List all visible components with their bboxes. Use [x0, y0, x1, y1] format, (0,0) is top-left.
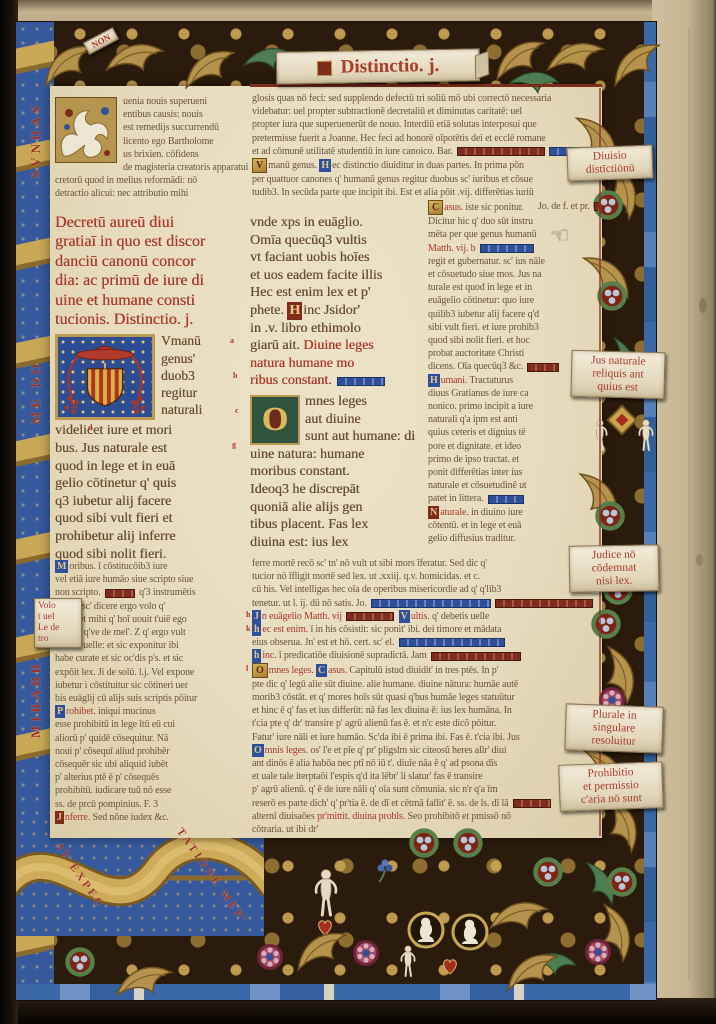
text-segment: et ad cōmunē utilitatē studentiū in iure… [252, 146, 455, 157]
reference-mark: g [232, 440, 236, 449]
header-banner-text: Distinctio. j. [340, 55, 439, 78]
gloss-bottom-right-block: ferre mortē recō sc' tn' nō vult ut sibi… [252, 557, 598, 838]
text-segment: bus. Jus naturale est [55, 441, 167, 456]
margin-banner-prohibitio: Prohibitioet permissioc'aria nō sunt [558, 761, 664, 812]
text-line: ss. de prcū pompinius. F. 3 [55, 798, 249, 811]
text-line: gelio cōtinetur q' quis [55, 475, 253, 493]
text-line: Vult. sc' dicere ergo volo q' [55, 600, 249, 613]
text-segment: cōsequēr sic ubi aliquid iubēt [55, 759, 168, 770]
text-segment: uenia nouis superueni [123, 96, 207, 107]
text-segment: licento ego Bartholome [123, 136, 214, 147]
text-segment: diuus Gratianus de iure ca [428, 388, 529, 399]
text-segment: Ideoq3 he discrepāt [250, 482, 360, 497]
text-segment: p' alterius ptē ē p' cōsequēs [55, 772, 159, 783]
text-segment [399, 638, 505, 647]
text-segment [527, 363, 559, 372]
text-line: Omīa quecūq3 vultis [250, 232, 430, 250]
text-segment [495, 599, 593, 608]
text-segment: J [252, 610, 261, 623]
text-line: vt faciant uobis hoīes [250, 249, 430, 267]
text-segment: pr'mittit. diuina probls. [317, 811, 407, 822]
text-segment: inc Jsidor' [303, 303, 360, 318]
text-line: videbatur: uel propter subtractionē decr… [252, 105, 598, 118]
text-line: pretermisse fuerit a Joanne. Hec feci ad… [252, 132, 598, 145]
text-segment: rohibet. [66, 706, 98, 717]
text-segment [371, 599, 491, 608]
text-line: c'aria nō sunt [564, 791, 658, 807]
text-line: quod sibi nolit fieri. et hoc [428, 334, 598, 347]
text-segment: aliorū p' quidē cōsequitur. Nā [55, 733, 168, 744]
text-segment: pte dic q' legū alie sūt diuine. alie hu… [252, 679, 518, 690]
text-line: uine natura: humane [250, 446, 430, 464]
text-segment: H [428, 374, 440, 387]
text-segment: ribus constant. [250, 373, 335, 388]
text-line: Vmanū genus. Hec distinctio diuiditur in… [252, 158, 598, 173]
text-line: non scripto. q'3 instrumētis [55, 586, 249, 599]
left-ribbon-letters-lower: MIRABR' [28, 652, 44, 738]
text-segment: reserō es parte dich' q' pr'tia ē. de dī… [252, 798, 511, 809]
text-line: et hinc ē q' fas et ius differūt: nā fas… [252, 704, 598, 717]
rubric-incipit: Decretū aureū diuigratiaī in quo est dis… [55, 213, 253, 329]
text-line: prohibitū. iudicare tuū nō esse [55, 784, 249, 797]
text-line: gelio diffusius traditur. [428, 532, 598, 545]
text-line: uine et humane consti [55, 291, 253, 310]
text-segment: in diuino iure [469, 507, 523, 518]
text-segment: sunt aut humane: di [305, 429, 415, 444]
margin-banner-ius-naturale: Jus naturalereliquis antquius est [570, 350, 665, 399]
text-segment: tucionis. Distinctio. j. [55, 311, 193, 328]
text-segment: duob3 [161, 368, 195, 383]
text-line: quoniā alie alijs gen [250, 499, 430, 517]
text-segment: gratiaī in quo est discor [55, 233, 205, 250]
text-segment: uine et humane consti [55, 292, 195, 309]
text-segment: cū his. Vel intelligas hec oīa de operib… [252, 584, 501, 595]
armorial-initial-row: Vmanūgenus'duob3regiturnaturali videlice… [55, 332, 253, 563]
text-segment: probat auctoritate Christi [428, 348, 524, 359]
text-segment: mēta per que genus humanū [428, 229, 536, 240]
text-line: quilib3 iubetur alij facere q'd [428, 308, 598, 321]
illuminated-initial-prologue [55, 97, 117, 163]
banner-ornament-square [317, 61, 332, 76]
text-segment: Seo prohibitō et pmissō nō [407, 811, 510, 822]
text-segment: dicens. Oīa quecūq3 &c. [428, 361, 525, 372]
white-vine-initial [55, 97, 117, 163]
text-segment: quod in lege et in euā [55, 459, 175, 474]
header-banner-scroll: Distinctio. j. [276, 48, 481, 85]
left-ribbon-letters-middle: ME DO [28, 360, 44, 424]
text-segment: quilib3 iubetur alij facere q'd [428, 309, 539, 320]
text-segment: dia: ac primū de iure di [55, 272, 204, 289]
text-segment: glosis quas nō feci: sed supplendo defec… [252, 93, 551, 104]
text-segment: gelio cōtinetur q' quis [55, 476, 176, 491]
text-segment: eius obserua. Jn' est et hō. cert. sc' e… [252, 637, 397, 648]
text-segment: naturali q'a ipm est anti [428, 414, 518, 425]
text-line: Prohibet. iniqui mucinus [55, 705, 249, 718]
text-segment [346, 612, 394, 621]
text-line: quius est [576, 380, 660, 395]
text-line: cōsequēr sic ubi aliquid iubēt [55, 758, 249, 771]
unde-xps-text: vnde xps in euāglio.Omīa quecūq3 vultisv… [250, 214, 430, 390]
text-segment: p' agrū alienū. q' ē de iure nāli q' oīa… [252, 784, 498, 795]
text-segment: vt faciant uobis hoīes [250, 250, 369, 265]
text-line: tucior nō īfligit mortē sed lex. ut .xxi… [252, 570, 598, 583]
text-line: morib3 cōstāt. et q' mores hoīs sūt quas… [252, 691, 598, 704]
text-segment: tudib3. In secūda parte que incipit ibi.… [252, 187, 534, 198]
text-segment: nferre. [65, 812, 93, 823]
text-segment: N [428, 506, 439, 519]
text-line: Naturale. in diuino iure [428, 506, 598, 519]
text-segment: resoluitur [591, 734, 635, 748]
text-segment: Jus naturale [591, 354, 646, 367]
text-line: euāgelio cōtinetur: quo iure [428, 294, 598, 307]
text-segment: H [319, 159, 331, 172]
text-line: Casus. iste sic ponitur. [428, 200, 598, 215]
text-segment: q' debetis uelle [432, 611, 489, 622]
text-line: ponit differētias inter ius [428, 466, 598, 479]
text-line: quod sibi vult fieri et [55, 510, 253, 528]
text-segment: primo de ipso tractat. et [428, 454, 519, 465]
margin-banner-plurale: Plurale insingulareresoluitur [564, 703, 664, 753]
text-line: prohibetur alij inferre [55, 528, 253, 546]
text-line: per quattuor canones q' humanū genus reg… [252, 173, 598, 186]
text-line: tenetur. ut l. ij. dū nō satis. Jo. [252, 597, 598, 610]
text-segment: inc. [262, 650, 278, 661]
text-line: tudib3. In secūda parte que incipit ibi.… [252, 186, 598, 199]
text-line: Dicitur hic q' duo sūt instru [428, 215, 598, 228]
text-segment: O [252, 663, 268, 678]
text-line: habe curate et sic oc'dis p's. et sic [55, 652, 249, 665]
text-line: Jnferre. Sed nōne iudex &c. [55, 811, 249, 824]
text-line: Moribus. ī cōstitucōib3 iure [55, 560, 249, 573]
text-segment: est remedijs succurrendū [123, 122, 219, 133]
text-line: resoluitur [569, 733, 657, 749]
text-segment: entibus causis: nouis [123, 109, 203, 120]
text-segment: tibus placent. Fas lex [250, 517, 368, 532]
text-segment: aut diuine [305, 412, 361, 427]
text-line: esse prohibitū in lege ītū eū cui [55, 718, 249, 731]
text-line: diuina est: ius lex [250, 534, 430, 552]
text-line: iubetur i cōstituitur sic cōtineri uer [55, 679, 249, 692]
text-line: i debet uelle: et sic exponitur ibi [55, 639, 249, 652]
text-segment: genus' [161, 351, 195, 366]
text-line: sibi vult fieri. et iure prohib3 [428, 321, 598, 334]
text-segment: quius ceteris et dignius tē [428, 427, 526, 438]
ruling-line-top [250, 84, 602, 87]
text-segment: manū genus. [268, 160, 319, 171]
text-line: dia: ac primū de iure di [55, 271, 253, 290]
text-line: alternī diuisaōes pr'mittit. diuina prob… [252, 810, 598, 823]
text-segment: Decretū aureū diui [55, 214, 174, 231]
text-segment: h [252, 623, 261, 636]
text-segment: tro [38, 634, 49, 644]
text-line: mēta per que genus humanū [428, 228, 598, 241]
page-bottom-shadow [0, 998, 716, 1024]
text-segment: videlicet iure et mori [55, 423, 172, 438]
text-line: t'cia pte q' dr' transire p' agrū alienū… [252, 717, 598, 730]
text-segment: nisi lex. [596, 575, 633, 588]
text-segment: Prohibitio [587, 766, 633, 780]
text-line: t uel [38, 612, 78, 623]
text-segment: P [55, 705, 65, 718]
text-line: Volo [38, 601, 78, 612]
text-line: gratiaī in quo est discor [55, 232, 253, 251]
text-line: q3 iubetur alij facere [55, 493, 253, 511]
parchment-tear [696, 554, 703, 566]
text-segment: quius est [597, 380, 638, 393]
text-segment: uine natura: humane [250, 447, 364, 462]
text-segment: detractio alicui: nec attributio mihi [55, 188, 188, 199]
text-segment: prohibitū. iudicare tuū nō esse [55, 785, 171, 796]
illuminated-initial-O: O [250, 395, 300, 445]
text-segment [431, 652, 521, 661]
text-segment: prohibetur alij inferre [55, 529, 176, 544]
text-segment: ss. de prcū pompinius. F. 3 [55, 799, 158, 810]
text-line: Jn euāgelio Matth. vij Vultis. q' debeti… [252, 610, 598, 623]
main-left-column: Decretū aureū diuigratiaī in quo est dis… [55, 213, 253, 565]
text-segment: naturale et cōsuetudinē ut [428, 480, 527, 491]
text-segment: q3 iubetur alij facere [55, 494, 171, 509]
text-segment: V [399, 610, 410, 623]
text-segment: ī in his cōsistit: sic ponit' ibi. dei t… [310, 624, 501, 635]
text-line: moribus constant. [250, 463, 430, 481]
text-segment: et hinc ē q' fas et ius differūt: nā fas… [252, 705, 512, 716]
text-line: cretorū quod in melius reformādi: nō [55, 174, 251, 187]
bottom-blue-edging [16, 984, 656, 1000]
text-segment: naturali [161, 402, 202, 417]
text-line: bus. Jus naturale est [55, 440, 253, 458]
text-line: naturali q'a ipm est anti [428, 413, 598, 426]
text-line: detractio alicui: nec attributio mihi [55, 187, 251, 200]
text-line: reserō es parte dich' q' pr'tia ē. de dī… [252, 797, 598, 810]
text-segment: natura humane mo [250, 356, 354, 371]
text-line: phete. Hinc Jsidor' [250, 302, 430, 320]
text-segment: ferre mortē recō sc' tn' nō vult ut sibi… [252, 558, 487, 569]
text-segment: Diuisio [593, 149, 627, 162]
text-line: hec est enim. ī in his cōsistit: sic pon… [252, 623, 598, 636]
text-segment: diuina est: ius lex [250, 535, 348, 550]
text-segment: vel etiā iure humāo siue scripto siue [55, 574, 193, 585]
text-segment: Omīa quecūq3 vultis [250, 233, 367, 248]
text-line: p' alterius ptē ē p' cōsequēs [55, 771, 249, 784]
text-segment: et cōsuetudo siue mos. Jus na [428, 269, 541, 280]
parchment-crease [688, 28, 690, 980]
text-segment: ec est enim. [262, 624, 310, 635]
text-segment: mnes leges [305, 394, 367, 409]
text-line: pore et dignitate. et ideo [428, 440, 598, 453]
text-segment: regitur [161, 385, 197, 400]
text-segment: quod sibi nolit fieri. et hoc [428, 335, 530, 346]
text-segment: Judice nō [592, 549, 636, 562]
text-line: Hec est enim lex et p' [250, 284, 430, 302]
text-segment: asus. [328, 665, 349, 676]
gloss-top-block: glosis quas nō feci: sed supplendo defec… [252, 92, 598, 214]
text-segment: Volo [38, 601, 56, 611]
text-segment [480, 244, 534, 253]
text-segment: J [55, 811, 64, 824]
text-segment: et permissio [583, 779, 639, 793]
text-line: natura humane mo [250, 355, 430, 373]
text-segment [488, 495, 524, 504]
text-line: Decretū aureū diui [55, 213, 253, 232]
text-line: tro [38, 634, 78, 645]
text-segment: morib3 cōstāt. et q' mores hoīs sūt quas… [252, 692, 515, 703]
text-segment [513, 799, 551, 808]
text-segment: cōtraria. ut ibi dr' [252, 824, 318, 835]
text-segment: os' l'e et pīe q' pr' pligslm sic citeos… [310, 745, 506, 756]
parchment-right-edge [652, 0, 716, 1024]
text-line: hinc. ī predicatiōe diuisionē supradictā… [252, 649, 598, 662]
text-line: Ideoq3 he discrepāt [250, 481, 430, 499]
reference-mark: b [233, 371, 237, 380]
text-segment: tucior nō īfligit mortē sed lex. ut .xxi… [252, 571, 480, 582]
text-segment [105, 589, 135, 598]
text-segment: us brixien. cōfidens [123, 149, 199, 160]
text-segment: iubetur i cōstituitur sic cōtineri uer [55, 680, 188, 691]
reference-mark: a [230, 336, 234, 345]
text-segment: q'3 instrumētis [137, 587, 196, 598]
text-line: primo de ipso tractat. et [428, 453, 598, 466]
text-segment: non scripto. [55, 587, 103, 598]
left-ribbon-letters-upper: SVNDAS [28, 102, 44, 178]
text-line: nonico. primo incipit a iure [428, 400, 598, 413]
text-segment: M [55, 560, 68, 573]
parchment-tear [699, 298, 707, 313]
text-segment: C [316, 664, 327, 677]
text-segment: ec distinctio diuiditur in duas partes. … [332, 160, 524, 171]
text-segment: Sed nōne iudex &c. [93, 812, 169, 823]
text-line: giarū ait. Diuine leges [250, 337, 430, 355]
text-line: in .v. libro ethimolo [250, 320, 430, 338]
text-segment: Vmanū [161, 333, 201, 348]
text-line: expōit lex. Ji de solū. l.j. Vel expone [55, 666, 249, 679]
text-line: tibus placent. Fas lex [250, 516, 430, 534]
text-segment: mnes leges. [269, 665, 316, 676]
margin-tab-volo: Volot uelLe detro [34, 598, 82, 648]
text-segment: V [252, 158, 267, 173]
text-segment [337, 377, 385, 386]
text-segment: de magisteria creatoris apparatui de [123, 162, 251, 173]
text-line: nisi lex. [574, 574, 654, 588]
text-segment: Tractaturus [467, 375, 513, 386]
text-segment: reliquis ant [592, 367, 644, 380]
text-segment: quod sibi vult fieri et [55, 511, 172, 526]
text-line: bis euāglij cū alijs suis scriptis pōitu… [55, 692, 249, 705]
text-segment: in .v. libro ethimolo [250, 321, 361, 336]
reference-mark: c [235, 406, 239, 415]
text-segment: gelio diffusius traditur. [428, 533, 515, 544]
text-segment: alternī diuisaōes [252, 811, 317, 822]
text-segment: h [252, 649, 261, 662]
text-line: quius ceteris et dignius tē [428, 426, 598, 439]
reference-mark: k [246, 624, 250, 633]
text-line: glosis quas nō feci: sed supplendo defec… [252, 92, 598, 105]
text-segment: oribus. ī cōstitucōib3 iure [69, 561, 167, 572]
manuscript-page: uenia nouis superuenientibus causis: nou… [0, 0, 716, 1024]
text-segment: t uel [38, 612, 55, 622]
main-center-column: vnde xps in euāglio.Omīa quecūq3 vultisv… [250, 214, 430, 560]
text-segment: Hec est enim lex et p' [250, 285, 370, 300]
text-segment: pore et dignitate. et ideo [428, 441, 521, 452]
text-segment: giarū ait. [250, 338, 303, 353]
text-segment: aturale. [440, 507, 469, 518]
text-line: p' agrū alienū. q' ē de iure nāli q' oīa… [252, 783, 598, 796]
armorial-initial-panel [55, 334, 155, 420]
text-segment: et uale tale iterptaōi l'espis q'd ita l… [252, 771, 483, 782]
text-segment: ī predicatiōe diuisionē supradictā. Jam [279, 650, 429, 661]
text-line: alter det mihi q' hoī uouit t'uiē ego [55, 613, 249, 626]
text-line: turale est quod in lege et in [428, 281, 598, 294]
text-line: Omnes leges. Casus. Capitulū istud diuid… [252, 663, 598, 678]
cardinal-galero-and-aragon-shield [58, 337, 152, 417]
text-segment: turale est quod in lege et in [428, 282, 532, 293]
text-segment: sc' dicere ergo volo q' [82, 601, 165, 612]
text-segment: expōit lex. Ji de solū. l.j. Vel expone [55, 667, 194, 678]
text-line: pte dic q' legū alie sūt diuine. alie hu… [252, 678, 598, 691]
text-line: ferre mortē recō sc' tn' nō vult ut sibi… [252, 557, 598, 570]
text-segment [457, 147, 545, 156]
humanum-genus-text: videlicet iure et moribus. Jus naturale … [55, 422, 253, 563]
text-line: ant dinōs ē alia habōa nec ptī nō iū t'.… [252, 757, 598, 770]
gloss-bottom-left-column: Moribus. ī cōstitucōib3 iurevel etiā iur… [55, 560, 249, 832]
text-line: vel etiā iure humāo siue scripto siue [55, 573, 249, 586]
text-segment: vnde xps in euāglio. [250, 215, 363, 230]
text-line: tucionis. Distinctio. j. [55, 310, 253, 329]
text-line: danciū canonū concor [55, 252, 253, 271]
manicula-pointing-hand: ☜ [549, 221, 571, 249]
text-segment: quoniā alie alijs gen [250, 500, 362, 515]
text-segment: n euāgelio Matth. vij [262, 611, 345, 622]
text-segment: regit et gubernatur. sc' ius nāle [428, 256, 545, 267]
text-segment: Matth. vij. b [428, 243, 478, 254]
text-segment: nonico. primo incipit a iure [428, 401, 533, 412]
text-segment: propter iura que superuenerūt de nouo. I… [252, 119, 537, 130]
text-segment: moribus constant. [250, 464, 350, 479]
text-segment: cōdemnat [592, 562, 637, 575]
text-line: Omnis leges. os' l'e et pīe q' pr' pligs… [252, 744, 598, 757]
text-segment: videbatur: uel propter subtractionē decr… [252, 106, 522, 117]
text-line: cōtentū. et in lege et euā [428, 519, 598, 532]
text-line: ribus constant. [250, 372, 430, 390]
text-line: videlicet iure et mori [55, 422, 253, 440]
text-segment: iniqui mucinus [98, 706, 156, 717]
text-segment: Dicitur hic q' duo sūt instru [428, 216, 533, 227]
omnes-leges-block: O mnes legesaut diuinesunt aut humane: d… [250, 393, 430, 551]
text-segment: C [428, 200, 443, 215]
text-segment: habe curate et sic oc'dis p's. et sic [55, 653, 183, 664]
text-line: Le de [38, 623, 78, 634]
reference-mark: d [88, 423, 92, 432]
text-line: cū his. Vel intelligas hec oīa de operib… [252, 583, 598, 596]
text-segment: phete. [250, 303, 287, 318]
text-segment: euāgelio cōtinetur: quo iure [428, 295, 534, 306]
text-line: patet in littera. [428, 492, 598, 505]
text-segment: mnis leges. [265, 745, 311, 756]
text-line: Matth. vij. b [428, 242, 598, 255]
text-line: noui p' cōsequī aliud prohibēr [55, 745, 249, 758]
text-line: cōtraria. ut ibi dr' [252, 823, 598, 836]
text-line: propter iura que superuenerūt de nouo. I… [252, 118, 598, 131]
text-line: Fatur' iure nāli et iure humāo. Sc'da ib… [252, 731, 598, 744]
gloss-prologue-column: uenia nouis superuenientibus causis: nou… [55, 95, 251, 213]
text-segment: tenetur. ut l. ij. dū nō satis. Jo. [252, 598, 369, 609]
text-segment: Fatur' iure nāli et iure humāo. Sc'da ib… [252, 732, 520, 743]
text-segment: bis euāglij cū alijs suis scriptis pōitu… [55, 693, 197, 704]
text-segment: ultis. [411, 611, 432, 622]
text-segment: Capitulū istud diuidit' in tres ptēs. In… [349, 665, 498, 676]
text-segment: distīctiōnū [586, 162, 635, 176]
margin-banner-iudice: Judice nōcōdemnatnisi lex. [569, 544, 660, 593]
text-segment: cretorū quod in melius reformādi: nō [55, 175, 197, 186]
